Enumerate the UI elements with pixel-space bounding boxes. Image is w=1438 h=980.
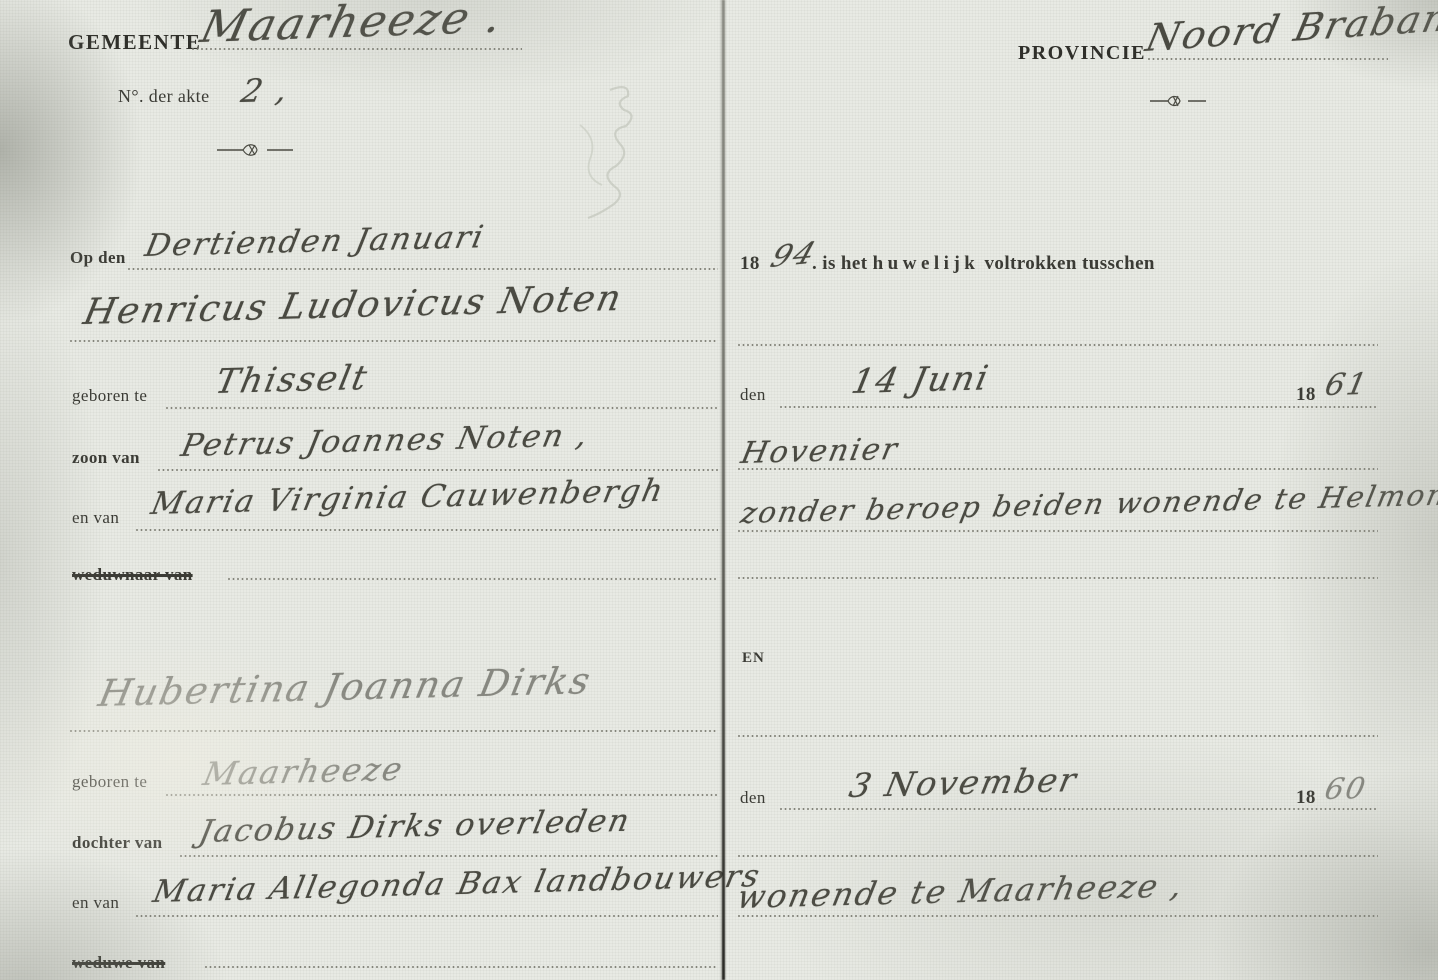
bride-birthyear-prefix-printed: 18 bbox=[1296, 787, 1316, 809]
dotted-line bbox=[228, 578, 718, 580]
dotted-line bbox=[136, 915, 718, 917]
year-prefix-printed: 18 bbox=[740, 253, 760, 275]
akte-number-value: 2 , bbox=[238, 71, 293, 110]
akte-number-label: N°. der akte bbox=[118, 86, 209, 107]
den-label-groom: den bbox=[740, 385, 766, 405]
gemeente-value-handwritten: Maarheeze . bbox=[196, 0, 509, 53]
dotted-line bbox=[780, 406, 1378, 408]
dotted-line bbox=[738, 855, 1378, 857]
dotted-line bbox=[158, 469, 718, 471]
dotted-line bbox=[136, 529, 718, 531]
dotted-line bbox=[180, 855, 718, 857]
dotted-line bbox=[780, 808, 1378, 810]
bride-birthplace-handwritten: Maarheeze bbox=[200, 750, 407, 793]
groom-name-handwritten: Henricus Ludovicus Noten bbox=[80, 278, 626, 333]
bride-father-handwritten: Jacobus Dirks overleden bbox=[196, 803, 634, 850]
groom-birthplace-handwritten: Thisselt bbox=[212, 358, 372, 402]
dotted-line bbox=[70, 730, 718, 732]
flourish-ornament bbox=[215, 142, 295, 158]
dotted-line bbox=[738, 915, 1378, 917]
groom-birthdate-handwritten: 14 Juni bbox=[848, 358, 993, 402]
dotted-line bbox=[205, 966, 718, 968]
page-fold-shadow bbox=[719, 0, 727, 980]
dochter-van-label: dochter van bbox=[72, 833, 163, 853]
bride-name-handwritten: Hubertina Joanna Dirks bbox=[95, 659, 596, 715]
geboren-te-label-groom: geboren te bbox=[72, 386, 147, 406]
den-label-bride: den bbox=[740, 788, 766, 808]
dotted-line bbox=[738, 344, 1378, 346]
groom-mother-handwritten: Maria Virginia Cauwenbergh bbox=[148, 473, 668, 522]
bride-birthyear-handwritten: 60 bbox=[1322, 771, 1370, 806]
groom-occupation-handwritten: Hovenier bbox=[738, 432, 902, 471]
groom-birthyear-prefix-printed: 18 bbox=[1296, 384, 1316, 406]
groom-father-handwritten: Petrus Joannes Noten , bbox=[178, 417, 592, 464]
dotted-line bbox=[70, 340, 718, 342]
marriage-day-handwritten: Dertienden Januari bbox=[142, 219, 488, 264]
marriage-formula-text: . is het huwelijk voltrokken tusschen bbox=[812, 253, 1155, 275]
bride-birthdate-handwritten: 3 November bbox=[846, 760, 1081, 805]
dotted-line bbox=[166, 794, 718, 796]
op-den-label: Op den bbox=[70, 248, 126, 268]
dotted-line bbox=[166, 407, 718, 409]
en-conjunction-label: EN bbox=[742, 650, 765, 667]
bride-mother-handwritten: Maria Allegonda Bax landbouwers bbox=[150, 858, 764, 910]
weduwe-van-label: weduwe van bbox=[72, 953, 165, 973]
provincie-label: PROVINCIE bbox=[1018, 42, 1146, 65]
dotted-line bbox=[738, 577, 1378, 579]
residence-line-handwritten: zonder beroep beiden wonende te Helmond … bbox=[738, 477, 1438, 530]
groom-birthyear-handwritten: 61 bbox=[1322, 367, 1372, 403]
ink-bleed-mark bbox=[550, 85, 680, 245]
dotted-line bbox=[738, 735, 1378, 737]
flourish-ornament bbox=[1148, 94, 1208, 108]
weduwnaar-van-label: weduwnaar van bbox=[72, 565, 193, 585]
provincie-value-handwritten: Noord Brabant . bbox=[1142, 0, 1438, 60]
zoon-van-label: zoon van bbox=[72, 448, 140, 468]
en-van-label-groom: en van bbox=[72, 508, 119, 528]
bride-residence-handwritten: wonende te Maarheeze , bbox=[734, 866, 1188, 916]
geboren-te-label-bride: geboren te bbox=[72, 772, 147, 792]
en-van-label-bride: en van bbox=[72, 893, 119, 913]
page-fold-line bbox=[722, 0, 725, 980]
document-scan: GEMEENTE Maarheeze . N°. der akte 2 , Op… bbox=[0, 0, 1438, 980]
dotted-line bbox=[1148, 58, 1388, 60]
gemeente-label: GEMEENTE bbox=[68, 30, 201, 55]
dotted-line bbox=[128, 268, 718, 270]
dotted-line bbox=[738, 530, 1378, 532]
